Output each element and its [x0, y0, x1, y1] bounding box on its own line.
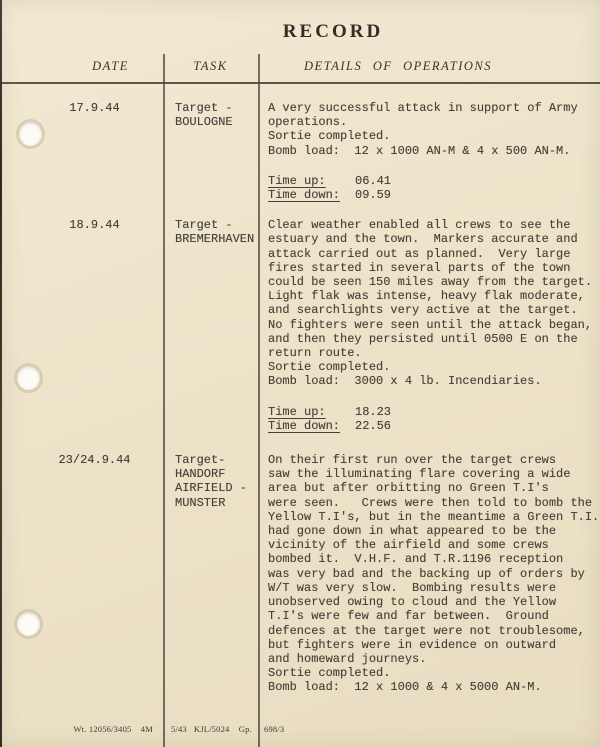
time-value: 18.23 [355, 405, 391, 419]
detail-line: was very bad and the backing up of order… [268, 567, 600, 581]
detail-line: and searchlights very active at the targ… [268, 303, 600, 317]
time-label: Time down: [268, 419, 355, 433]
punch-hole-bottom [17, 612, 40, 636]
detail-line: but fighters were in evidence on outward [268, 638, 600, 652]
detail-line: bombed it. V.H.F. and T.R.1196 reception [268, 552, 600, 566]
detail-line: Bomb load: 12 x 1000 & 4 x 5000 AN-M. [268, 680, 600, 694]
detail-line: were seen. Crews were then told to bomb … [268, 496, 600, 510]
record-entry: 17.9.44Target -BOULOGNEA very successful… [0, 101, 600, 202]
punch-hole-top [19, 122, 42, 146]
column-header-task: TASK [163, 59, 258, 74]
detail-line: Sortie completed. [268, 129, 600, 143]
detail-line: Yellow T.I's, but in the meantime a Gree… [268, 510, 600, 524]
column-header-date: DATE [0, 59, 163, 74]
detail-line: area but after orbitting no Green T.I's [268, 481, 600, 495]
time-row: Time up:06.41 [268, 174, 600, 188]
detail-line: Sortie completed. [268, 360, 600, 374]
column-header-details: DETAILS OF OPERATIONS [258, 59, 600, 74]
detail-line: unobserved owing to cloud and the Yellow [268, 595, 600, 609]
task-line: MUNSTER [175, 496, 258, 510]
time-value: 09.59 [355, 188, 391, 202]
time-label: Time down: [268, 188, 355, 202]
time-row: Time up:18.23 [268, 405, 600, 419]
detail-line: defences at the target were not troubles… [268, 624, 600, 638]
detail-line: estuary and the town. Markers accurate a… [268, 232, 600, 246]
detail-line: Light flak was intense, heavy flak moder… [268, 289, 600, 303]
detail-line: A very successful attack in support of A… [268, 101, 600, 115]
time-label: Time up: [268, 174, 355, 188]
time-label: Time up: [268, 405, 355, 419]
task-line: Target - [175, 101, 258, 115]
entry-details: Clear weather enabled all crews to see t… [258, 218, 600, 433]
detail-line: fires started in several parts of the to… [268, 261, 600, 275]
detail-line: saw the illuminating flare covering a wi… [268, 467, 600, 481]
entry-task: Target -BREMERHAVEN [163, 218, 258, 433]
footer-code-right: 698/3 [258, 724, 284, 734]
footer-code-left: Wt. 12056/3405 4M [0, 724, 163, 734]
punch-hole-middle [17, 366, 40, 390]
time-row: Time down:09.59 [268, 188, 600, 202]
task-line: AIRFIELD - [175, 481, 258, 495]
detail-line: and homeward journeys. [268, 652, 600, 666]
detail-line: operations. [268, 115, 600, 129]
detail-line: return route. [268, 346, 600, 360]
detail-line: T.I's were few and far between. Ground [268, 609, 600, 623]
record-entry: 23/24.9.44Target-HANDORFAIRFIELD -MUNSTE… [0, 453, 600, 694]
detail-line: and then they persisted until 0500 E on … [268, 332, 600, 346]
entry-task: Target-HANDORFAIRFIELD -MUNSTER [163, 453, 258, 694]
footer-code-middle: 5/43 KJL/5024 Gp. [163, 724, 258, 734]
entry-date: 23/24.9.44 [0, 453, 163, 694]
column-divider-date-task [163, 54, 165, 747]
column-divider-task-details [258, 54, 260, 747]
times-block: Time up:06.41Time down:09.59 [268, 174, 600, 202]
table-header-row: DATE TASK DETAILS OF OPERATIONS [0, 46, 600, 84]
task-line: BREMERHAVEN [175, 232, 258, 246]
detail-line: could be seen 150 miles away from the ta… [268, 275, 600, 289]
detail-line: Bomb load: 12 x 1000 AN-M & 4 x 500 AN-M… [268, 144, 600, 158]
detail-line: vicinity of the airfield and some crews [268, 538, 600, 552]
task-line: Target- [175, 453, 258, 467]
entry-date: 18.9.44 [0, 218, 163, 433]
detail-line: Clear weather enabled all crews to see t… [268, 218, 600, 232]
entry-details: A very successful attack in support of A… [258, 101, 600, 202]
detail-line: On their first run over the target crews [268, 453, 600, 467]
time-row: Time down:22.56 [268, 419, 600, 433]
detail-line: Sortie completed. [268, 666, 600, 680]
record-page: RECORD DATE TASK DETAILS OF OPERATIONS 1… [0, 0, 600, 747]
detail-line: had gone down in what appeared to be the [268, 524, 600, 538]
entry-task: Target -BOULOGNE [163, 101, 258, 202]
print-code-footer: Wt. 12056/3405 4M 5/43 KJL/5024 Gp. 698/… [0, 724, 600, 734]
time-value: 22.56 [355, 419, 391, 433]
detail-line: No fighters were seen until the attack b… [268, 318, 600, 332]
time-value: 06.41 [355, 174, 391, 188]
times-block: Time up:18.23Time down:22.56 [268, 405, 600, 433]
task-line: HANDORF [175, 467, 258, 481]
detail-line: W/T was very slow. Bombing results were [268, 581, 600, 595]
record-entry: 18.9.44Target -BREMERHAVENClear weather … [0, 218, 600, 433]
entries: 17.9.44Target -BOULOGNEA very successful… [0, 101, 600, 695]
entry-date: 17.9.44 [0, 101, 163, 202]
task-line: BOULOGNE [175, 115, 258, 129]
entry-details: On their first run over the target crews… [258, 453, 600, 694]
page-title: RECORD [33, 0, 600, 46]
task-line: Target - [175, 218, 258, 232]
detail-line: Bomb load: 3000 x 4 lb. Incendiaries. [268, 374, 600, 388]
detail-line: attack carried out as planned. Very larg… [268, 247, 600, 261]
